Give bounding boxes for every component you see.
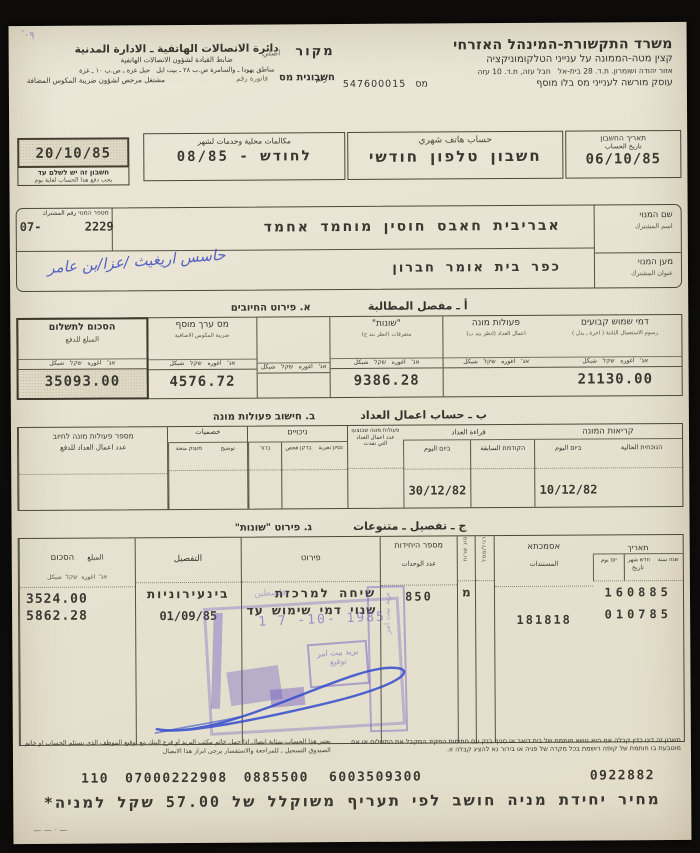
c-row1-detail1: שיחה למרכזת	[242, 581, 381, 602]
deduction-test-col: נסיון تجربة	[315, 442, 348, 508]
current-date-value: 10/12/82	[535, 467, 601, 506]
org-sub-ar: ضابط القيادة لشؤون الاتصالات الهاتفية	[27, 55, 327, 65]
onday1-label: ביום اليوم	[535, 439, 601, 467]
letterhead-arabic: دائرة الاتصالات الهاتفية ـ الادارة المدن…	[27, 42, 327, 85]
col-misc-he: "שונות"	[333, 318, 439, 329]
col-misc-ar: متفرقات (انظر بند ج)	[333, 331, 439, 338]
c-row2-date: 010785	[593, 605, 683, 628]
c-sum-unit: אג' اغوره שקל شيكل	[20, 574, 135, 587]
section-b-title: ب ـ حساب اعمال العداد ב. חישוב פעולות מו…	[11, 402, 689, 425]
c-row1-sum: 3524.00	[20, 586, 135, 607]
footer-numbers: 110 07000222908 0885500 6003509300 09228…	[23, 768, 681, 787]
c-detail-label-ar: التفصيل	[135, 538, 241, 583]
onday2-label: ביום اليوم	[404, 440, 470, 468]
bottom-dashes: — — · —	[33, 826, 67, 835]
c-date-label-he: תאריך	[627, 543, 648, 552]
discounts-group-label: خصميات	[168, 427, 247, 442]
deduction-check-label: בדקן فحص	[282, 442, 314, 469]
c-detail-label-he: פירוט	[241, 537, 380, 582]
unit-row: אג' اغوره שקל شيكل	[258, 362, 330, 372]
c-row1-ref	[495, 586, 594, 612]
c-row1-flag: מ	[458, 580, 476, 600]
section-c-title-ar: ج ـ تفصيل ـ متنوعات	[353, 519, 466, 533]
reading-previous-date-col: ביום اليوم 30/12/82	[403, 440, 470, 507]
unit-row: אג' اغوره שקל شيكل	[444, 357, 549, 368]
reading-previous-col: הקודמת السابقة	[470, 440, 535, 507]
col-fixed-fees-ar: رسوم الاستعمال الثابتة ( اجرة ـ بدل )	[552, 330, 679, 337]
c-row2-ref: 181818	[495, 611, 594, 634]
due-date-value: 20/10/85	[19, 139, 127, 162]
c-row2-detail2: 01/09/85	[136, 607, 241, 630]
discount-grant-col: מענק منحة	[168, 443, 208, 509]
chargeable-label-he: מספר פעולות מונה לחיוב	[22, 431, 164, 441]
org-sub-he: קצין מטה-הממונה על ענייני הטלקומוניקציה	[343, 53, 673, 66]
section-a-title-ar: أ ـ مفصل المطالبة	[368, 299, 468, 313]
discount-grant-label: מענק منحة	[169, 443, 208, 470]
c-sum-label-he: הסכום	[51, 553, 75, 563]
footer-note-ar: يعتبر هذا الحساب بمثابة ايصال اذا حمل خا…	[23, 738, 331, 757]
performed-label-ar2: التي نفذت	[349, 441, 402, 447]
subscriber-name-label-ar: اسم المشترك	[597, 222, 673, 230]
vat-label: מס	[415, 79, 428, 90]
billing-month-label-ar: مكالمات محلية وخدمات لشهر	[144, 136, 344, 146]
col-meter-ops-he: פעולות מונה	[446, 318, 545, 329]
letterhead: משרד התקשורת-המינהל האזרחי קצין מטה-הממו…	[9, 22, 688, 134]
col-vat-he: מס ערך מוסף	[151, 320, 254, 331]
col-fixed-fees-he: דמי שמוש קבועים	[552, 317, 679, 328]
col-total-ar: المبلغ للدفع	[21, 335, 143, 344]
c-row1-units: 850	[381, 584, 457, 609]
c-units-label-he: מספר היחידות	[381, 540, 456, 549]
deduction-clarify-label: ברור	[249, 442, 281, 469]
readings-group-ar: قراءة العداد	[451, 428, 486, 436]
billing-month-value: לחודש - 08/85	[144, 148, 344, 165]
subscriber-name-label-he: שם המנוי	[597, 210, 673, 220]
misc-detail-table: תאריך تاريخ שנה سنة חדש شهر יום يوم 1608…	[18, 534, 685, 746]
letterhead-hebrew: משרד התקשורת-המינהל האזרחי קצין מטה-הממו…	[343, 36, 673, 90]
fixed-fees-value: 21130.00	[549, 366, 682, 396]
subscriber-box: שם המנוי اسم المشترك מען המנוי عنوان الم…	[16, 204, 683, 292]
c-ref-label-ar: المستندات	[495, 560, 594, 569]
org-name-ar: دائرة الاتصالات الهاتفية ـ الادارة المدن…	[27, 42, 327, 56]
misc-value: 9386.28	[331, 367, 443, 397]
c-date-year-col: שנה سنة	[654, 554, 683, 580]
c-row2-detail1: שנוי דמי שימוש עד	[242, 601, 381, 622]
subscriber-addr-value: כפר בית אומר חברון	[392, 260, 561, 276]
tariff-line: מחיר יחידת מניה חושב לפי תעריף משוקלל של…	[23, 790, 681, 812]
c-date-day-col: יום يوم	[593, 554, 623, 580]
c-flag-left-label: סוג שרות	[463, 536, 469, 580]
bill-band: תאריך החשבון تاريخ الحساب 06/10/85 حساب …	[9, 130, 687, 206]
chargeable-col: מספר פעולות מונה לחיוב عدد اعمال العداد …	[18, 427, 168, 510]
section-c-title-he: ג. פירוט "שונות"	[235, 522, 312, 533]
bill-title-ar: حساب هاتف شهري	[348, 135, 562, 146]
meter-calc-table: קריאות המונה قراءة العداد הנוכחית الحالي…	[17, 423, 684, 511]
c-ref-label-he: אסמכתא	[494, 542, 593, 553]
blank-value	[258, 372, 330, 397]
discount-col-1-label: توضيح	[208, 443, 247, 470]
subscriber-addr-label-ar: عنوان المشترك	[597, 269, 673, 277]
readings-group-he: קריאות המונה	[582, 426, 634, 436]
invoice-date-box: תאריך החשבון تاريخ الحساب 06/10/85	[565, 130, 681, 179]
section-a-title: أ ـ مفصل المطالبة א. פירוט החיובים	[10, 293, 688, 316]
scanned-phone-bill: { "scan": { "corner_mark": "٬٠٩", "botto…	[0, 0, 700, 853]
subscriber-addr-label-he: מען המנוי	[597, 257, 673, 267]
invoice-date-label-ar: تاريخ الحساب	[566, 142, 680, 151]
section-a-title-he: א. פירוט החיובים	[231, 302, 311, 313]
org-dealer-ar: مشتغل مرخص لشؤون ضريبة المكوس المضافة	[27, 76, 165, 85]
footer-num-2: 07000222908	[125, 771, 228, 787]
c-row1-date: 160885	[593, 580, 683, 606]
section-c-title: ج ـ تفصيل ـ متنوعات ג. פירוט "שונות"	[12, 513, 690, 536]
vat-dealer-he: עוסק מורשה לענייני מס בלו מוסף	[536, 77, 673, 89]
section-b-title-ar: ب ـ حساب اعمال العداد	[360, 408, 487, 422]
performed-col: פעולות מונה שבוצעו عدد اعمال العداد التي…	[347, 426, 404, 508]
reading-current-date-col: ביום اليوم 10/12/82	[534, 439, 601, 506]
c-flag-right-label: רגיל/סמל	[482, 536, 488, 580]
c-row1-detail2: בינעירוניות	[136, 582, 241, 608]
meter-ops-value	[444, 367, 549, 397]
chargeable-label-ar: عدد اعمال العداد للدفع	[22, 443, 164, 452]
footer-num-5: 0922882	[590, 768, 655, 783]
c-units-label-ar: عدد الوحدات	[381, 559, 456, 567]
performed-label-he: פעולות מונה שבוצעו	[349, 428, 402, 434]
subscriber-number-box: מספר המנוי رقم المشترك 07- 2229	[17, 208, 113, 251]
footer-num-3: 0885500	[244, 770, 309, 785]
org-addr-he: אזור יהודה ושומרון. ת.ד. 28 בית-אל חבל ע…	[343, 66, 673, 77]
charges-table: דמי שמוש קבועים رسوم الاستعمال الثابتة (…	[16, 314, 682, 400]
col-vat-ar: ضريبة المكوس الاضافية	[151, 333, 254, 340]
footer-note-he: חשבון זה דינו כדין קבלה אם הוא נושא חותמ…	[331, 736, 681, 755]
deduction-clarify-col: ברור	[248, 442, 282, 508]
vat-number: 547600015	[343, 79, 406, 90]
reading-current-col: הנוכחית الحالية	[601, 439, 682, 506]
reading-previous-label: הקודמת السابقة	[471, 440, 534, 468]
bill-title-box: حساب هاتف شهري חשבון טלפון חודשי	[347, 131, 563, 180]
unit-row: אג' اغوره שקל شيكل	[331, 358, 443, 369]
due-date-note: חשבון זה יש לשלם עד يجب دفع هذا الحساب ل…	[17, 167, 129, 186]
footer-num-4: 6003509300	[329, 770, 422, 786]
billing-month-box: مكالمات محلية وخدمات لشهر לחודש - 08/85	[143, 132, 345, 181]
discount-col-1: توضيح	[208, 443, 247, 509]
due-note-ar: يجب دفع هذا الحساب لغاية يوم	[20, 176, 126, 184]
subscriber-number-label: מספר המנוי رقم المشترك	[20, 209, 109, 217]
deduction-test-label: נסיון تجربة	[315, 442, 347, 469]
footer-notes: חשבון זה דינו כדין קבלה אם הוא נושא חותמ…	[23, 736, 681, 757]
previous-date-value: 30/12/82	[404, 468, 470, 507]
deduction-check-col: בדקן فحص	[281, 442, 315, 508]
bill-paper: ٬٠٩ משרד התקשורת-המינהל האזרחי קצין מטה-…	[9, 22, 692, 844]
subscriber-number-value: 07- 2229	[20, 219, 109, 234]
c-sum-label-ar: المبلغ	[87, 554, 103, 562]
due-date-box: 20/10/85	[17, 137, 129, 168]
c-date-month-col: חדש شهر	[623, 554, 653, 580]
col-meter-ops-ar: اعمال العداد (انظر بند ب)	[446, 331, 545, 338]
bill-title-he: חשבון טלפון חודשי	[348, 147, 562, 166]
footer-num-1: 110	[81, 771, 109, 786]
deductions-group-label: ניכויים	[248, 426, 347, 442]
col-total-he: הסכום לתשלום	[21, 321, 143, 333]
c-row2-sum: 5862.28	[20, 606, 135, 627]
due-date-group: 20/10/85 חשבון זה יש לשלם עד يجب دفع هذا…	[17, 137, 129, 186]
total-value: 35093.00	[19, 368, 147, 398]
section-b-title-he: ב. חישוב פעולות מונה	[213, 411, 315, 423]
unit-row: אג' اغوره שקל شيكل	[148, 359, 257, 370]
vat-value: 4576.72	[148, 369, 257, 399]
org-addr-ar: مناطق يهودا ـ والسامرة ص.ب ٢٨ ـ بيت ايل …	[27, 65, 327, 75]
org-number-ar: رقم	[315, 75, 326, 83]
reading-current-label: הנוכחית الحالية	[601, 439, 682, 467]
org-name-he: משרד התקשורת-המינהל האזרחי	[343, 36, 673, 54]
invoice-date-value: 06/10/85	[566, 151, 680, 168]
subscriber-name-value: אבריבית חאבס חוסין מוחמד אחמד	[264, 218, 561, 236]
